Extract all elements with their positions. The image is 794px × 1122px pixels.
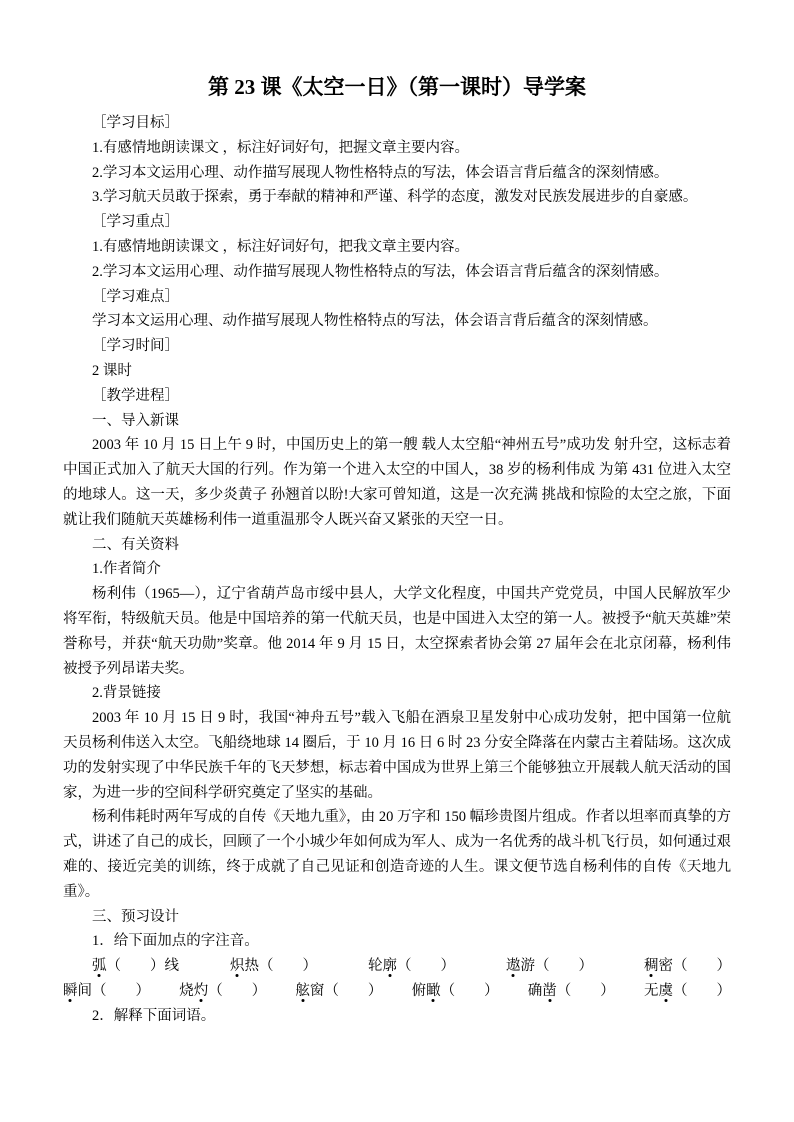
emphasis-dot-char: 虞 [658,983,673,999]
list-item: 2.学习本文运用心理、动作描写展现人物性格特点的写法，体会语言背后蕴含的深刻情感… [63,161,731,186]
paragraph: 2003 年 10 月 15 日上午 9 时，中国历史上的第一艘 载人太空船“神… [63,433,731,532]
section-heading: 1.作者简介 [63,557,731,582]
list-item: 1.有感情地朗读课文 ，标注好词好句，把握文章主要内容。 [63,136,731,161]
pinyin-exercise-item: 稠密（ ） [644,954,731,979]
emphasis-dot-char: 瞬 [63,983,78,999]
emphasis-dot-char: 弧 [92,958,107,974]
pinyin-exercise-item: 烧灼（ ） [179,979,266,1004]
section-heading: 三、预习设计 [63,905,731,930]
bracket-header: ［学习重点］ [63,210,731,235]
list-item: 学习本文运用心理、动作描写展现人物性格特点的写法，体会语言背后蕴含的深刻情感。 [63,309,731,334]
bracket-header: ［学习难点］ [63,285,731,310]
pinyin-exercise-item: 舷窗（ ） [295,979,382,1004]
emphasis-dot-char: 炽 [230,958,245,974]
exercise-row: 弧（ ）线炽热（ ）轮廓（ ）遨游（ ）稠密（ ） [63,954,731,979]
page-title: 第 23 课《太空一日》（第一课时）导学案 [63,72,731,102]
paragraph: 杨利伟耗时两年写成的自传《天地九重》，由 20 万字和 150 幅珍贵图片组成。… [63,805,731,904]
emphasis-dot-char: 舷 [295,983,310,999]
list-item: 2.学习本文运用心理、动作描写展现人物性格特点的写法，体会语言背后蕴含的深刻情感… [63,260,731,285]
pinyin-exercise-item: 瞬间（ ） [63,979,150,1004]
pinyin-exercise-item: 弧（ ）线 [92,954,179,979]
emphasis-dot-char: 凿 [542,983,557,999]
pinyin-exercise-item: 无虞（ ） [644,979,731,1004]
section-heading: 2.背景链接 [63,681,731,706]
pinyin-exercise-item: 俯瞰（ ） [412,979,499,1004]
pinyin-exercise-item: 轮廓（ ） [368,954,455,979]
document-body: ［学习目标］1.有感情地朗读课文 ，标注好词好句，把握文章主要内容。2.学习本文… [63,111,731,1028]
paragraph: 杨利伟（1965—），辽宁省葫芦岛市绥中县人，大学文化程度，中国共产党党员，中国… [63,582,731,681]
emphasis-dot-char: 稠 [644,958,659,974]
list-item: 1.有感情地朗读课文 ，标注好词好句，把我文章主要内容。 [63,235,731,260]
exercise-row: 瞬间（ ）烧灼（ ）舷窗（ ）俯瞰（ ）确凿（ ）无虞（ ） [63,979,731,1004]
emphasis-dot-char: 灼 [194,983,209,999]
emphasis-dot-char: 瞰 [426,983,441,999]
section-heading: 一、导入新课 [63,409,731,434]
bracket-header: ［教学进程］ [63,384,731,409]
list-item: 3.学习航天员敢于探索，勇于奉献的精神和严谨、科学的态度，激发对民族发展进步的自… [63,185,731,210]
pinyin-exercise-item: 确凿（ ） [528,979,615,1004]
bracket-header: ［学习时间］ [63,334,731,359]
section-heading: 1．给下面加点的字注音。 [63,929,731,954]
emphasis-dot-char: 遨 [506,958,521,974]
pinyin-exercise-item: 遨游（ ） [506,954,593,979]
section-heading: 2．解释下面词语。 [63,1004,731,1029]
emphasis-dot-char: 廓 [383,958,398,974]
list-item: 2 课时 [63,359,731,384]
section-heading: 二、有关资料 [63,533,731,558]
paragraph: 2003 年 10 月 15 日 9 时，我国“神舟五号”载入飞船在酒泉卫星发射… [63,706,731,805]
document-page: 第 23 课《太空一日》（第一课时）导学案 ［学习目标］1.有感情地朗读课文 ，… [0,0,794,1122]
bracket-header: ［学习目标］ [63,111,731,136]
pinyin-exercise-item: 炽热（ ） [230,954,317,979]
